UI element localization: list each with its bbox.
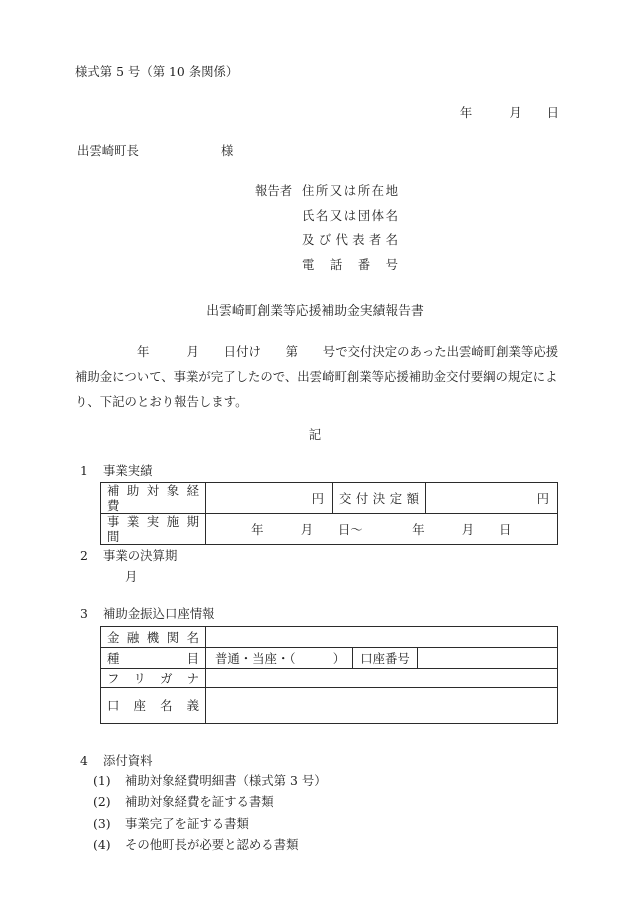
settlement-month: 月 [125,569,137,585]
form-number: 様式第 5 号（第 10 条関係） [75,64,238,80]
furigana-value-cell [206,669,558,688]
page-title: 出雲崎町創業等応援補助金実績報告書 [0,304,630,320]
section4-title: 添付資料 [103,753,153,768]
addressee: 出雲崎町長 [77,143,139,158]
body-line: 年 月 日付け 第 号で交付決定のあった出雲崎町創業等応援 [75,343,558,368]
section1-heading: 1事業実績 [80,461,153,479]
reporter-field-name: 氏名又は団体名 [302,208,398,233]
section1-title: 事業実績 [103,463,153,478]
account-kind-value-cell: 普通・当座・（ ） [206,648,353,669]
section1-number: 1 [80,463,103,478]
table-row: 種 目 普通・当座・（ ） 口座番号 [101,648,558,669]
table-row: フ リ ガ ナ [101,669,558,688]
body-line: 補助金について、事業が完了したので、出雲崎町創業等応援補助金交付要綱の規定によ [75,368,558,393]
account-kind-label-cell: 種 目 [101,648,206,669]
attachment-number: (4) [93,837,125,858]
reporter-field-address: 住所又は所在地 [302,183,398,208]
attachment-list: (1)補助対象経費明細書（様式第 3 号） (2)補助対象経費を証する書類 (3… [93,773,327,858]
account-number-value-cell [418,648,558,669]
section3-heading: 3補助金振込口座情報 [80,604,215,622]
bank-name-value-cell [206,627,558,648]
reporter-label: 報告者 [255,183,292,199]
list-item: (3)事業完了を証する書類 [93,816,327,837]
section4-heading: 4添付資料 [80,751,153,769]
attachment-number: (2) [93,794,125,815]
attachment-text: 補助対象経費明細書（様式第 3 号） [125,773,327,794]
account-holder-value-cell [206,688,558,724]
attachment-text: 事業完了を証する書類 [125,816,249,837]
attachment-number: (3) [93,816,125,837]
expense-value-cell: 円 [206,483,333,514]
table-row: 口 座 名 義 [101,688,558,724]
section2-number: 2 [80,548,103,563]
attachment-number: (1) [93,773,125,794]
table-row: 補 助 対 象 経 費 円 交 付 決 定 額 円 [101,483,558,514]
reporter-field-representative: 及 び 代 表 者 名 [302,232,398,257]
reporter-fields: 住所又は所在地 氏名又は団体名 及 び 代 表 者 名 電 話 番 号 [302,183,398,281]
account-holder-label-cell: 口 座 名 義 [101,688,206,724]
honorific: 様 [221,143,233,158]
body-line: り、下記のとおり報告します。 [75,393,558,418]
body-paragraph: 年 月 日付け 第 号で交付決定のあった出雲崎町創業等応援 補助金について、事業… [75,343,558,418]
section4-number: 4 [80,753,103,768]
list-item: (1)補助対象経費明細書（様式第 3 号） [93,773,327,794]
date-line: 年 月 日 [460,105,559,121]
section2-heading: 2事業の決算期 [80,546,177,564]
period-value-cell: 年 月 日～ 年 月 日 [206,514,558,545]
reporter-field-phone: 電 話 番 号 [302,257,398,282]
addressee-line: 出雲崎町長様 [77,143,233,159]
business-results-table: 補 助 対 象 経 費 円 交 付 決 定 額 円 事 業 実 施 期 間 年 … [100,482,558,545]
grant-value-cell: 円 [426,483,558,514]
period-label-cell: 事 業 実 施 期 間 [101,514,206,545]
section3-number: 3 [80,606,103,621]
record-mark: 記 [0,427,630,443]
document-page: 様式第 5 号（第 10 条関係） 年 月 日 出雲崎町長様 報告者 住所又は所… [0,0,630,903]
section2-title: 事業の決算期 [103,548,177,563]
expense-label-cell: 補 助 対 象 経 費 [101,483,206,514]
list-item: (4)その他町長が必要と認める書類 [93,837,327,858]
section3-title: 補助金振込口座情報 [103,606,215,621]
account-number-label-cell: 口座番号 [353,648,418,669]
attachment-text: 補助対象経費を証する書類 [125,794,274,815]
grant-label-cell: 交 付 決 定 額 [333,483,426,514]
table-row: 事 業 実 施 期 間 年 月 日～ 年 月 日 [101,514,558,545]
attachment-text: その他町長が必要と認める書類 [125,837,298,858]
bank-name-label-cell: 金 融 機 関 名 [101,627,206,648]
furigana-label-cell: フ リ ガ ナ [101,669,206,688]
table-row: 金 融 機 関 名 [101,627,558,648]
list-item: (2)補助対象経費を証する書類 [93,794,327,815]
bank-account-table: 金 融 機 関 名 種 目 普通・当座・（ ） 口座番号 フ リ ガ ナ 口 座… [100,626,558,724]
